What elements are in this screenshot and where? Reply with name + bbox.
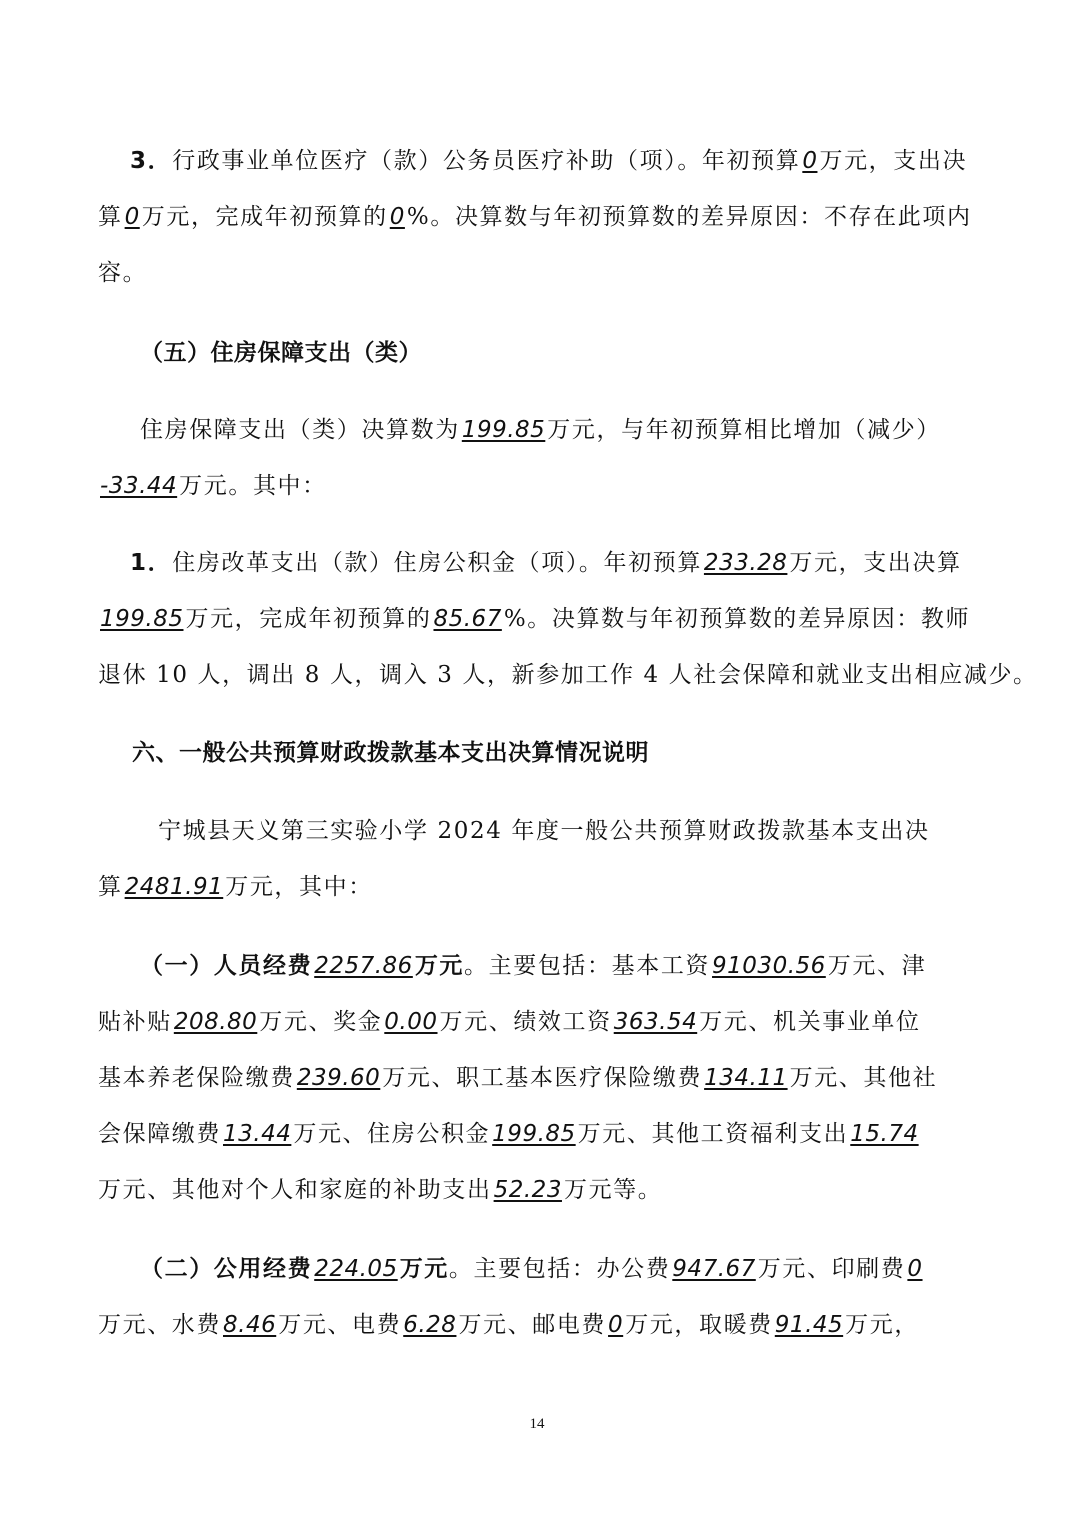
value-family-subsidy: 52.23 xyxy=(492,1177,564,1203)
paragraph-medical-item3-line2: 算0万元，完成年初预算的0%。决算数与年初预算数的差异原因：不存在此项内 xyxy=(98,201,978,233)
text: 容。 xyxy=(98,260,147,286)
text: 万元、电费 xyxy=(278,1312,401,1338)
paragraph-medical-item3-line1: 3．行政事业单位医疗（款）公务员医疗补助（项）。年初预算0万元，支出决 xyxy=(130,145,1010,177)
paragraph-personnel-line1: （一）人员经费2257.86万元。主要包括：基本工资91030.56万元、津 xyxy=(140,950,1020,982)
text: 万元、职工基本医疗保险缴费 xyxy=(382,1065,702,1091)
personnel-label: （一）人员经费 xyxy=(140,953,312,979)
paragraph-housing-summary-line1: 住房保障支出（类）决算数为199.85万元，与年初预算相比增加（减少） xyxy=(140,414,1020,446)
text: 住房保障支出（类）决算数为 xyxy=(140,417,460,443)
value-printing: 0 xyxy=(905,1256,924,1282)
text: 宁城县天义第三实验小学 2024 年度一般公共预算财政拨款基本支出决 xyxy=(158,818,930,844)
page-number: 14 xyxy=(0,1416,1074,1433)
paragraph-intro-line1: 宁城县天义第三实验小学 2024 年度一般公共预算财政拨款基本支出决 xyxy=(158,815,1038,847)
text: 万元、邮电费 xyxy=(458,1312,606,1338)
paragraph-public-line1: （二）公用经费224.05万元。主要包括：办公费947.67万元、印刷费0 xyxy=(140,1253,1020,1285)
item-number: 3． xyxy=(130,148,172,174)
text: 万元、奖金 xyxy=(259,1009,382,1035)
text: 万元、机关事业单位 xyxy=(699,1009,920,1035)
text: 基本养老保险缴费 xyxy=(98,1065,295,1091)
paragraph-intro-line2: 算2481.91万元，其中： xyxy=(98,871,978,903)
paragraph-housing-summary-line2: -33.44万元。其中： xyxy=(98,470,978,502)
value-percent: 85.67 xyxy=(431,606,503,632)
value-medical-insurance: 134.11 xyxy=(702,1065,789,1091)
text: 万元、其他社 xyxy=(790,1065,938,1091)
text: %。决算数与年初预算数的差异原因：不存在此项内 xyxy=(407,204,972,230)
text: 万元、绩效工资 xyxy=(440,1009,612,1035)
section-heading-basic-expenditure: 六、一般公共预算财政拨款基本支出决算情况说明 xyxy=(132,737,1012,769)
value-actual: 0 xyxy=(123,204,142,230)
value-housing-change: -33.44 xyxy=(98,473,179,499)
value-postal: 0 xyxy=(606,1312,625,1338)
public-label: （二）公用经费 xyxy=(140,1256,312,1282)
text: 贴补贴 xyxy=(98,1009,172,1035)
value-pension: 239.60 xyxy=(295,1065,382,1091)
value-heating: 91.45 xyxy=(773,1312,845,1338)
text: 万元。其中： xyxy=(179,473,327,499)
document-page: 3．行政事业单位医疗（款）公务员医疗补助（项）。年初预算0万元，支出决 算0万元… xyxy=(0,0,1074,1520)
text: 万元、住房公积金 xyxy=(293,1121,490,1147)
text: 万元等。 xyxy=(564,1177,662,1203)
unit: 万元 xyxy=(400,1256,449,1282)
value-budget: 233.28 xyxy=(702,550,789,576)
value-personnel-total: 2257.86 xyxy=(312,953,415,979)
text: 。主要包括：办公费 xyxy=(449,1256,670,1282)
text: 万元，支出决算 xyxy=(789,550,961,576)
paragraph-personnel-line4: 会保障缴费13.44万元、住房公积金199.85万元、其他工资福利支出15.74 xyxy=(98,1118,978,1150)
paragraph-public-line2: 万元、水费8.46万元、电费6.28万元、邮电费0万元，取暖费91.45万元， xyxy=(98,1309,978,1341)
text: 万元，其中： xyxy=(225,874,373,900)
value-housing-fund: 199.85 xyxy=(490,1121,577,1147)
text: 万元、其他对个人和家庭的补助支出 xyxy=(98,1177,492,1203)
value-percent: 0 xyxy=(388,204,407,230)
section-heading-housing: （五）住房保障支出（类） xyxy=(140,337,1020,369)
value-water: 8.46 xyxy=(221,1312,278,1338)
value-other-social: 13.44 xyxy=(221,1121,293,1147)
text: 万元、水费 xyxy=(98,1312,221,1338)
value-office: 947.67 xyxy=(670,1256,757,1282)
paragraph-personnel-line3: 基本养老保险缴费239.60万元、职工基本医疗保险缴费134.11万元、其他社 xyxy=(98,1062,978,1094)
text: 万元，与年初预算相比增加（减少） xyxy=(547,417,941,443)
text: 万元，支出决 xyxy=(819,148,967,174)
text: 住房改革支出（款）住房公积金（项）。年初预算 xyxy=(172,550,702,576)
text: 万元，完成年初预算的 xyxy=(185,606,431,632)
text: 万元、印刷费 xyxy=(758,1256,906,1282)
text: %。决算数与年初预算数的差异原因：教师 xyxy=(504,606,970,632)
value-budget: 0 xyxy=(800,148,819,174)
paragraph-housing-item1-line2: 199.85万元，完成年初预算的85.67%。决算数与年初预算数的差异原因：教师 xyxy=(98,603,978,635)
text: 算 xyxy=(98,204,123,230)
value-basic-salary: 91030.56 xyxy=(710,953,828,979)
text: 万元、其他工资福利支出 xyxy=(578,1121,849,1147)
text: 。主要包括：基本工资 xyxy=(464,953,710,979)
unit: 万元 xyxy=(415,953,464,979)
value-actual: 199.85 xyxy=(98,606,185,632)
text: 万元， xyxy=(845,1312,919,1338)
paragraph-personnel-line5: 万元、其他对个人和家庭的补助支出52.23万元等。 xyxy=(98,1174,978,1206)
paragraph-housing-item1-line3: 退休 10 人，调出 8 人，调入 3 人，新参加工作 4 人社会保障和就业支出… xyxy=(98,659,978,691)
paragraph-personnel-line2: 贴补贴208.80万元、奖金0.00万元、绩效工资363.54万元、机关事业单位 xyxy=(98,1006,978,1038)
text: 万元，取暖费 xyxy=(625,1312,773,1338)
text: 算 xyxy=(98,874,123,900)
value-basic-total: 2481.91 xyxy=(123,874,226,900)
paragraph-housing-item1-line1: 1．住房改革支出（款）住房公积金（项）。年初预算233.28万元，支出决算 xyxy=(130,547,1010,579)
value-other-welfare: 15.74 xyxy=(848,1121,920,1147)
paragraph-medical-item3-line3: 容。 xyxy=(98,257,978,289)
value-public-total: 224.05 xyxy=(312,1256,399,1282)
value-housing-total: 199.85 xyxy=(460,417,547,443)
value-performance-pay: 363.54 xyxy=(612,1009,699,1035)
text: 万元，完成年初预算的 xyxy=(142,204,388,230)
text: 行政事业单位医疗（款）公务员医疗补助（项）。年初预算 xyxy=(172,148,800,174)
value-allowance: 208.80 xyxy=(172,1009,259,1035)
value-bonus: 0.00 xyxy=(382,1009,439,1035)
value-electricity: 6.28 xyxy=(401,1312,458,1338)
text: 会保障缴费 xyxy=(98,1121,221,1147)
text: 万元、津 xyxy=(828,953,926,979)
text: 退休 10 人，调出 8 人，调入 3 人，新参加工作 4 人社会保障和就业支出… xyxy=(98,662,1038,688)
item-number: 1． xyxy=(130,550,172,576)
